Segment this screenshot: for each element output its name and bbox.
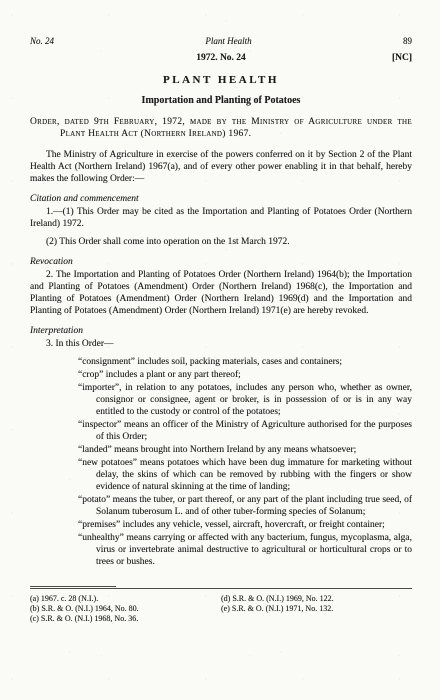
footnote-a: (a) 1967. c. 28 (N.I.). (30, 594, 221, 604)
definition-consignment: “consignment” includes soil, packing mat… (30, 356, 412, 368)
issue-line: 1972. No. 24 (196, 53, 246, 63)
footnotes-right-column: (d) S.R. & O. (N.I.) 1969, No. 122. (e) … (221, 594, 412, 624)
footnote-area: (a) 1967. c. 28 (N.I.). (b) S.R. & O. (N… (30, 588, 412, 624)
paragraph-2: 2. The Importation and Planting of Potat… (30, 269, 412, 317)
running-head: No. 24 Plant Health 89 (30, 36, 412, 46)
footnote-c: (c) S.R. & O. (N.I.) 1968, No. 36. (30, 614, 221, 624)
page-number: 89 (403, 36, 412, 46)
preamble-paragraph: The Ministry of Agriculture in exercise … (30, 149, 412, 185)
footnote-d: (d) S.R. & O. (N.I.) 1969, No. 122. (221, 594, 412, 604)
definition-unhealthy: “unhealthy” means carrying or affected w… (30, 532, 412, 568)
definition-landed: “landed” means brought into Northern Ire… (30, 444, 412, 456)
section-heading-citation: Citation and commencement (30, 193, 412, 205)
definition-new-potatoes: “new potatoes” means potatoes which have… (30, 457, 412, 493)
definition-premises: “premises” includes any vehicle, vessel,… (30, 519, 412, 531)
nc-marker: [NC] (392, 53, 412, 63)
issue-row: 1972. No. 24 [NC] (30, 53, 412, 63)
running-head-title: Plant Health (205, 36, 251, 46)
footnote-b: (b) S.R. & O. (N.I.) 1964, No. 80. (30, 604, 221, 614)
running-head-order-number: No. 24 (30, 36, 54, 46)
paragraph-1-1: 1.—(1) This Order may be cited as the Im… (30, 206, 412, 230)
section-heading-revocation: Revocation (30, 256, 412, 268)
definition-inspector: “inspector” means an officer of the Mini… (30, 419, 412, 443)
definition-potato: “potato” means the tuber, or part thereo… (30, 494, 412, 518)
scanned-statute-page: No. 24 Plant Health 89 1972. No. 24 [NC]… (0, 0, 440, 700)
order-caption: Order, dated 9th February, 1972, made by… (30, 116, 412, 140)
order-title: Importation and Planting of Potatoes (30, 95, 412, 106)
footnote-e: (e) S.R. & O. (N.I.) 1971, No. 132. (221, 604, 412, 614)
definition-importer: “importer”, in relation to any potatoes,… (30, 382, 412, 418)
footnotes-left-column: (a) 1967. c. 28 (N.I.). (b) S.R. & O. (N… (30, 594, 221, 624)
act-title: PLANT HEALTH (30, 74, 412, 86)
paragraph-3-intro: 3. In this Order— (30, 338, 412, 350)
paragraph-1-2: (2) This Order shall come into operation… (30, 236, 412, 248)
footnotes: (a) 1967. c. 28 (N.I.). (b) S.R. & O. (N… (30, 594, 412, 624)
definition-crop: “crop” includes a plant or any part ther… (30, 369, 412, 381)
footnote-rule (30, 588, 412, 589)
section-heading-interpretation: Interpretation (30, 325, 412, 337)
